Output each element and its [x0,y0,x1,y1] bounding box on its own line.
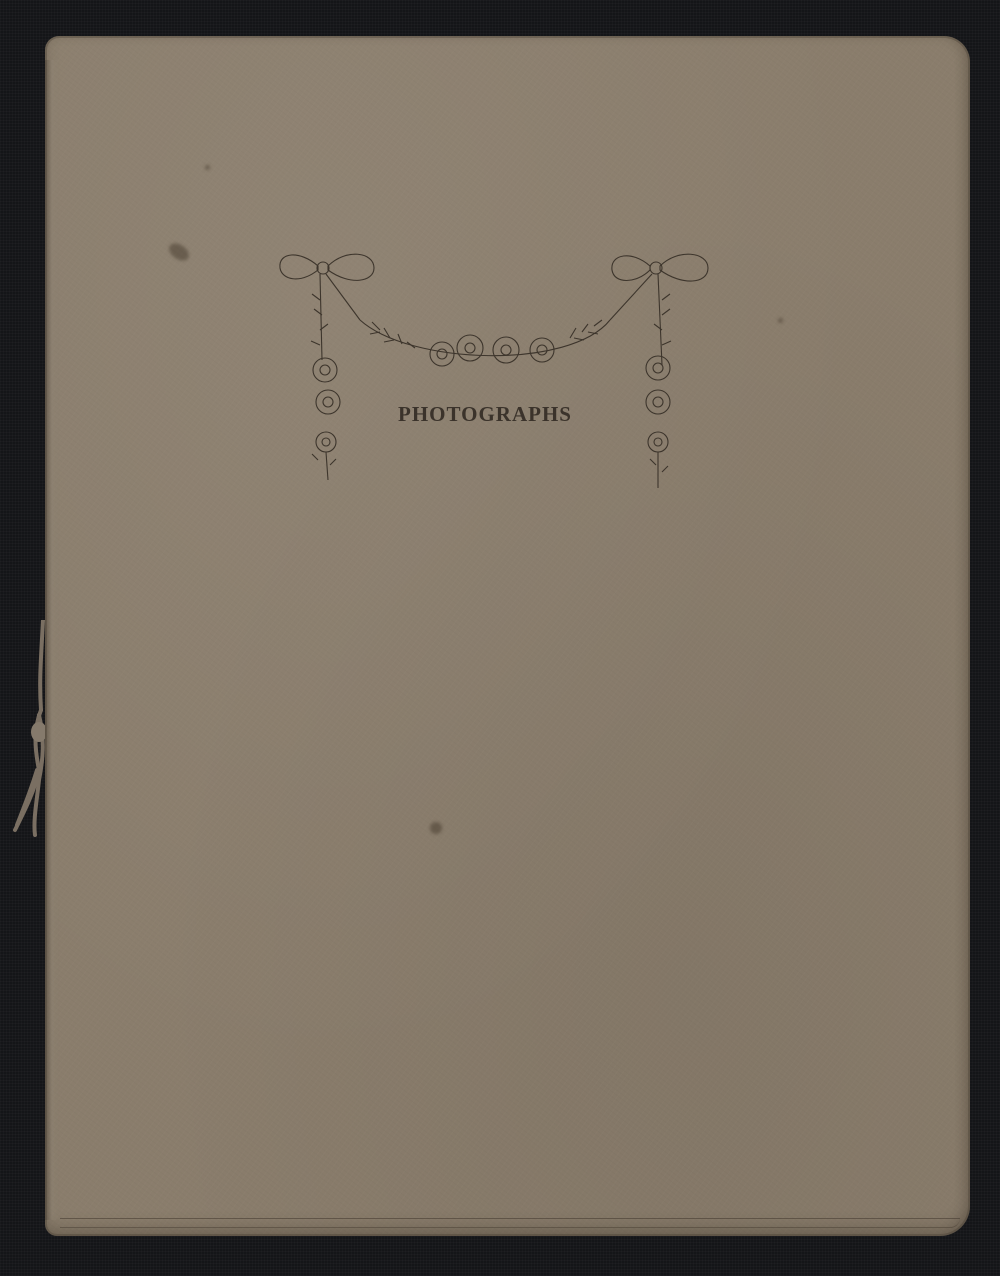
album-cover [45,36,970,1236]
cover-title: PHOTOGRAPHS [0,402,985,427]
page-edges [60,1218,960,1228]
spine-edge [45,60,59,1220]
leaf-icon [311,294,671,472]
rose-icon [430,335,554,366]
bow-right-icon [610,254,708,365]
stain [430,822,442,834]
binding-cord [5,620,45,840]
garland-ornament [270,240,720,500]
stain [778,318,783,323]
stain [205,165,210,170]
bow-left-icon [280,254,374,360]
